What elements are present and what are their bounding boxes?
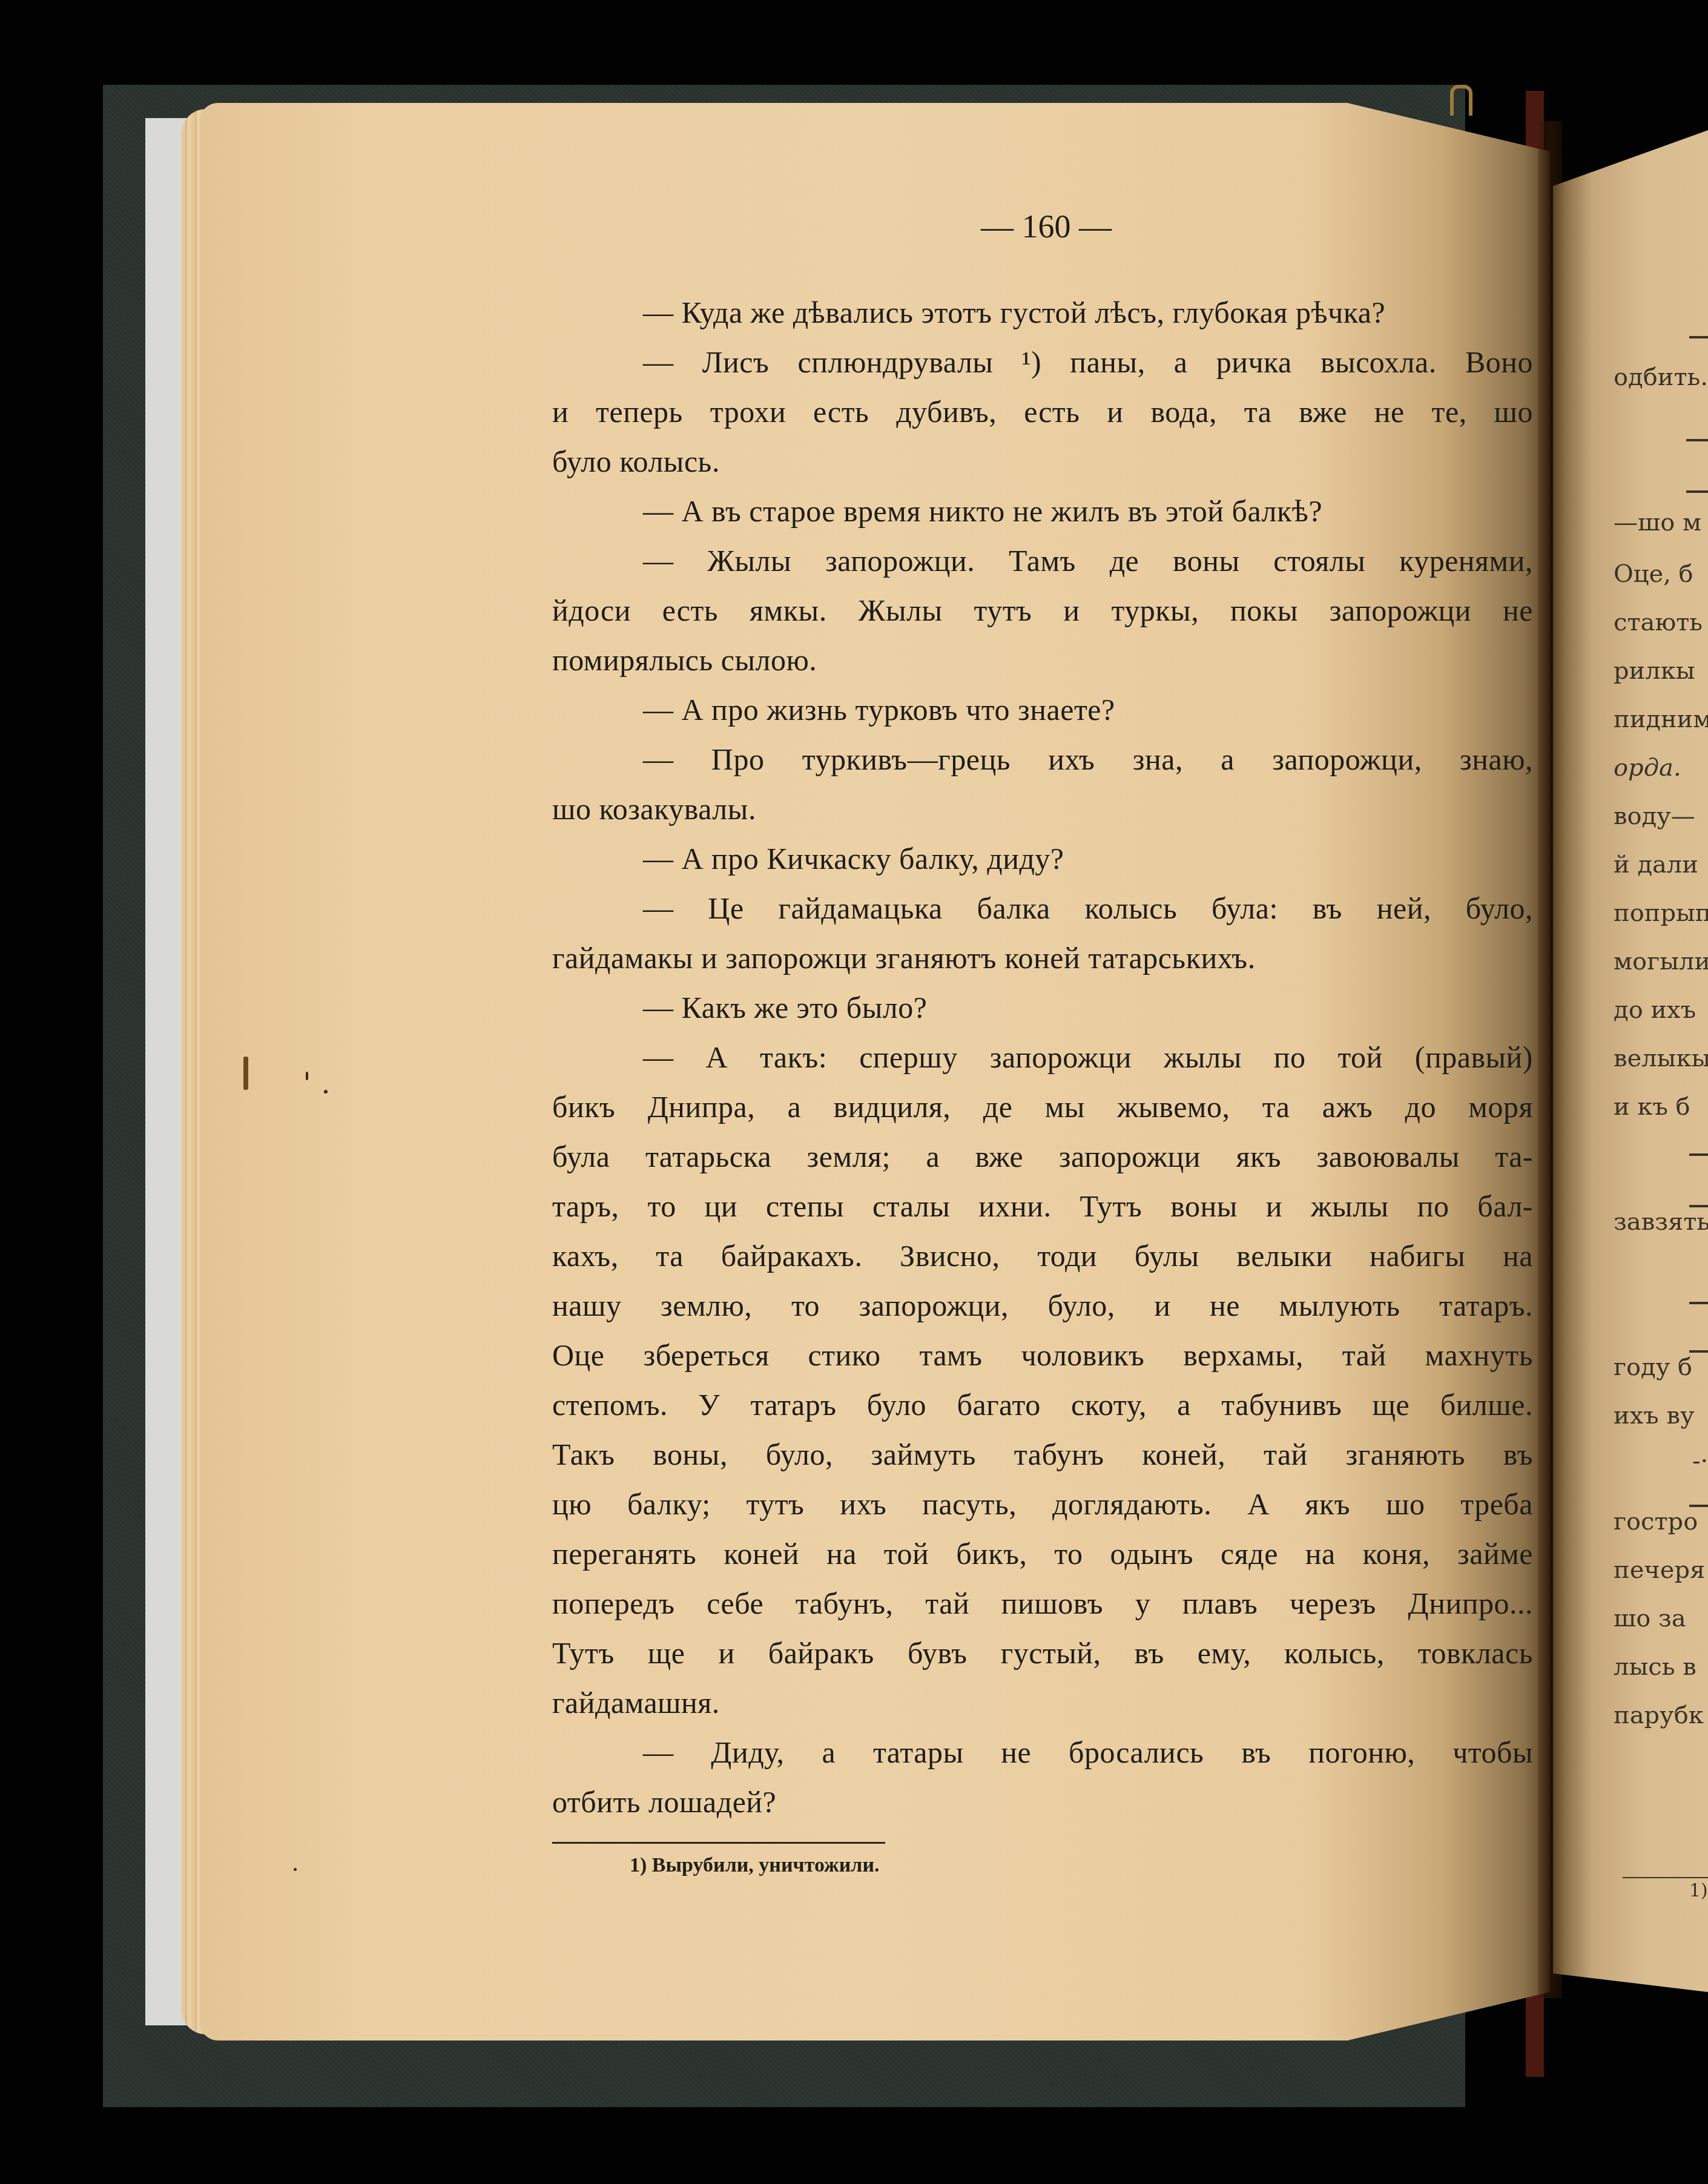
dialogue-dash <box>1686 439 1708 441</box>
text-line: гайдамакы и запорожци зганяютъ коней тат… <box>552 933 1533 983</box>
right-text-line: й дали <box>1614 851 1698 879</box>
right-text-line: завзять <box>1614 1208 1708 1236</box>
right-text-line: печеря <box>1614 1556 1705 1584</box>
right-text-line: попрып <box>1614 899 1708 927</box>
text-line: степомъ. У татаръ було багато скоту, а т… <box>552 1380 1533 1430</box>
dialogue-dash <box>1689 1302 1708 1304</box>
right-text-line: рилкы <box>1614 657 1695 685</box>
text-line: шо козакувалы. <box>552 784 1533 834</box>
text-line: гайдамашня. <box>552 1678 1533 1727</box>
footnote-rule <box>552 1842 885 1844</box>
right-text-line: ихъ ву <box>1614 1402 1694 1430</box>
right-text-line: пидним <box>1614 705 1708 733</box>
right-text-line: Оце, б <box>1614 560 1693 588</box>
text-line: — Какъ же это было? <box>552 983 1533 1032</box>
right-text-line: одбить. <box>1614 363 1708 391</box>
bookmark-ribbon-loop <box>1450 85 1472 116</box>
dialogue-dash <box>1689 1205 1708 1207</box>
margin-mark <box>243 1057 248 1090</box>
right-footnote-rule <box>1623 1877 1708 1878</box>
text-line: йдоси есть ямкы. Жылы тутъ и туркы, покы… <box>552 586 1533 635</box>
right-text-line: -· <box>1692 1447 1708 1475</box>
text-line: и теперь трохи есть дубивъ, есть и вода,… <box>552 387 1533 437</box>
text-line: помирялысь сылою. <box>552 635 1533 685</box>
dialogue-dash <box>1689 336 1708 338</box>
text-line: кахъ, та байракахъ. Звисно, тоди булы ве… <box>552 1231 1533 1281</box>
margin-speck <box>306 1072 308 1080</box>
text-line: — Куда же дѣвались этотъ густой лѣсъ, гл… <box>552 288 1533 337</box>
text-line: — Жылы запорожци. Тамъ де воны стоялы ку… <box>552 536 1533 586</box>
text-line: — А про Кичкаску балку, диду? <box>552 834 1533 883</box>
text-line: — Лисъ сплюндрувалы ¹) паны, а ричка выс… <box>552 337 1533 387</box>
text-line: отбить лошадей? <box>552 1777 1533 1827</box>
text-line: Такъ воны, було, займуть табунъ коней, т… <box>552 1430 1533 1479</box>
margin-speck <box>294 1868 297 1871</box>
dialogue-dash <box>1689 1153 1708 1156</box>
right-text-line: воду— <box>1614 802 1695 830</box>
text-line: нашу землю, то запорожци, було, и не мыл… <box>552 1281 1533 1330</box>
text-line: було колысь. <box>552 437 1533 486</box>
dialogue-dash <box>1686 490 1708 493</box>
right-text-line: году б <box>1614 1353 1692 1381</box>
right-text-line: велыкы <box>1614 1044 1708 1072</box>
right-text-line: шо за <box>1614 1605 1686 1632</box>
right-text-line: гостро <box>1614 1508 1698 1536</box>
footnote: 1) Вырубили, уничтожили. <box>630 1854 879 1877</box>
text-line: — Диду, а татары не бросались въ погоню,… <box>552 1727 1533 1777</box>
right-text-line: могыли <box>1614 948 1708 975</box>
right-footnote-marker: 1) <box>1689 1880 1708 1901</box>
text-line: — Це гайдамацька балка колысь була: въ н… <box>552 883 1533 933</box>
text-line: Тутъ ще и байракъ бувъ густый, въ ему, к… <box>552 1628 1533 1678</box>
right-text-line: лысь в <box>1614 1653 1696 1681</box>
text-line: попередъ себе табунъ, тай пишовъ у плавъ… <box>552 1579 1533 1628</box>
text-line: бикъ Днипра, а видциля, де мы жывемо, та… <box>552 1082 1533 1132</box>
right-text-line: и къ б <box>1614 1093 1690 1121</box>
right-text-line: орда. <box>1614 754 1681 782</box>
margin-speck <box>324 1090 328 1094</box>
dialogue-dash <box>1689 1505 1708 1507</box>
right-text-line: —шо м <box>1614 509 1701 536</box>
text-line: — А въ старое время никто не жилъ въ это… <box>552 486 1533 536</box>
text-line: переганять коней на той бикъ, то одынъ с… <box>552 1529 1533 1579</box>
body-text: — Куда же дѣвались этотъ густой лѣсъ, гл… <box>552 288 1533 1827</box>
text-line: цю балку; тутъ ихъ пасуть, доглядають. А… <box>552 1479 1533 1529</box>
text-line: Оце збереться стико тамъ чоловикъ верхам… <box>552 1330 1533 1380</box>
right-text-line: парубк <box>1614 1701 1704 1729</box>
text-line: таръ, то ци степы сталы ихни. Тутъ воны … <box>552 1181 1533 1231</box>
page-number: — 160 — <box>981 208 1112 245</box>
right-text-line: стають <box>1614 609 1703 636</box>
right-text-line: до ихъ <box>1614 996 1696 1024</box>
text-line: — Про туркивъ—грець ихъ зна, а запорожци… <box>552 734 1533 784</box>
text-line: — А про жизнь турковъ что знаете? <box>552 685 1533 734</box>
text-line: — А такъ: спершу запорожци жылы по той (… <box>552 1032 1533 1082</box>
dialogue-dash <box>1689 1350 1708 1353</box>
text-line: була татарьска земля; а вже запорожци як… <box>552 1132 1533 1181</box>
